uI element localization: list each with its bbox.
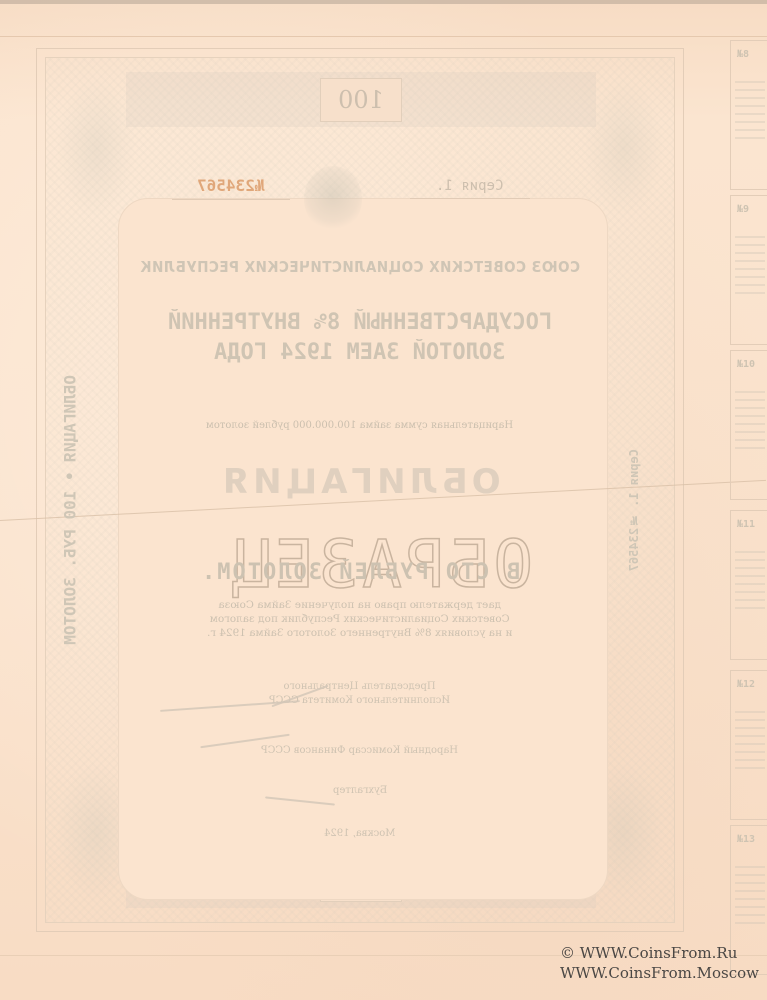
coupon-strip: №8 №9 №10 №11 №12 №13 (730, 40, 767, 940)
signature-3-text: Бухгалтер (333, 785, 387, 796)
coupon: №8 (730, 40, 767, 190)
copyright-watermark: © WWW.CoinsFrom.Ru WWW.CoinsFrom.Moscow (560, 943, 759, 983)
coupon-label: №11 (737, 519, 755, 530)
coupon-text-lines (735, 236, 765, 296)
signature-block-2: Народный Комиссар Финансов СССР (36, 745, 684, 756)
bond-body-text: дает держателю право на получение Займа … (36, 598, 684, 640)
serial-number: №234567 (172, 176, 290, 200)
nominal-amount-line: Нарицательная сумма займа 100.000.000 ру… (36, 420, 684, 431)
body-line: и на условиях 8% Внутреннего Золотого За… (207, 626, 512, 640)
union-text: СОЮЗ СОВЕТСКИХ СОЦИАЛИСТИЧЕСКИХ РЕСПУБЛИ… (140, 258, 580, 276)
fold-line-top (0, 36, 767, 37)
coupon: №10 (730, 350, 767, 500)
side-text-right: Серия 1. №234567 (622, 300, 646, 720)
body-line: дает держателю право на получение Займа … (207, 598, 512, 612)
loan-title-line-2: ЗОЛОТОЙ ЗАЕМ 1924 ГОДА (36, 340, 684, 365)
coupon-text-lines (735, 866, 765, 926)
coupon-label: №10 (737, 359, 755, 370)
watermark-line-2: WWW.CoinsFrom.Moscow (560, 963, 759, 983)
serial-number-text: №234567 (197, 176, 264, 195)
place-date: Москва, 1924 (36, 828, 684, 839)
title-line-1-text: ГОСУДАРСТВЕННЫЙ 8% ВНУТРЕННИЙ (168, 310, 552, 335)
union-line: СОЮЗ СОВЕТСКИХ СОЦИАЛИСТИЧЕСКИХ РЕСПУБЛИ… (36, 258, 684, 276)
state-emblem-icon (304, 166, 362, 232)
amount-text: Нарицательная сумма займа 100.000.000 ру… (206, 420, 513, 431)
series-text: Серия 1. (436, 178, 503, 194)
coupon-label: №9 (737, 204, 749, 215)
body-lines: дает держателю право на получение Займа … (207, 598, 512, 640)
body-line: Советских Социалистических Республик под… (207, 612, 512, 626)
coupon-label: №12 (737, 679, 755, 690)
coupon-text-lines (735, 711, 765, 771)
signature-1-lines: Председатель Центрального Исполнительног… (269, 680, 450, 708)
coupon-text-lines (735, 81, 765, 141)
side-text-left: ОБЛИГАЦИЯ • 100 РУБ. ЗОЛОТОМ (58, 300, 82, 720)
coupon: №9 (730, 195, 767, 345)
signature-2-text: Народный Комиссар Финансов СССР (261, 745, 458, 756)
signature-block-3: Бухгалтер (36, 785, 684, 796)
coupon-text-lines (735, 391, 765, 451)
bond-headline: ОБЛИГАЦИЯ (36, 462, 684, 502)
series-label: Серия 1. (410, 178, 530, 199)
signature-line: Председатель Центрального (269, 680, 450, 694)
signature-block-1: Председатель Центрального Исполнительног… (36, 680, 684, 708)
top-edge-shadow (0, 0, 767, 4)
title-line-2-text: ЗОЛОТОЙ ЗАЕМ 1924 ГОДА (214, 340, 505, 365)
coupon-text-lines (735, 551, 765, 611)
place-date-text: Москва, 1924 (324, 828, 396, 839)
currency-text: В СТО РУБЛЕЙ ЗОЛОТОМ. (200, 560, 520, 585)
corner-rosette-icon (56, 78, 136, 218)
currency-line: В СТО РУБЛЕЙ ЗОЛОТОМ. (36, 560, 684, 585)
coupon-label: №8 (737, 49, 749, 60)
coupon-label: №13 (737, 834, 755, 845)
denomination-top: 100 (320, 78, 402, 122)
coupon: №11 (730, 510, 767, 660)
watermark-line-1: © WWW.CoinsFrom.Ru (560, 943, 759, 963)
loan-title-line-1: ГОСУДАРСТВЕННЫЙ 8% ВНУТРЕННИЙ (36, 310, 684, 335)
corner-rosette-icon (584, 78, 664, 218)
coupon: №12 (730, 670, 767, 820)
